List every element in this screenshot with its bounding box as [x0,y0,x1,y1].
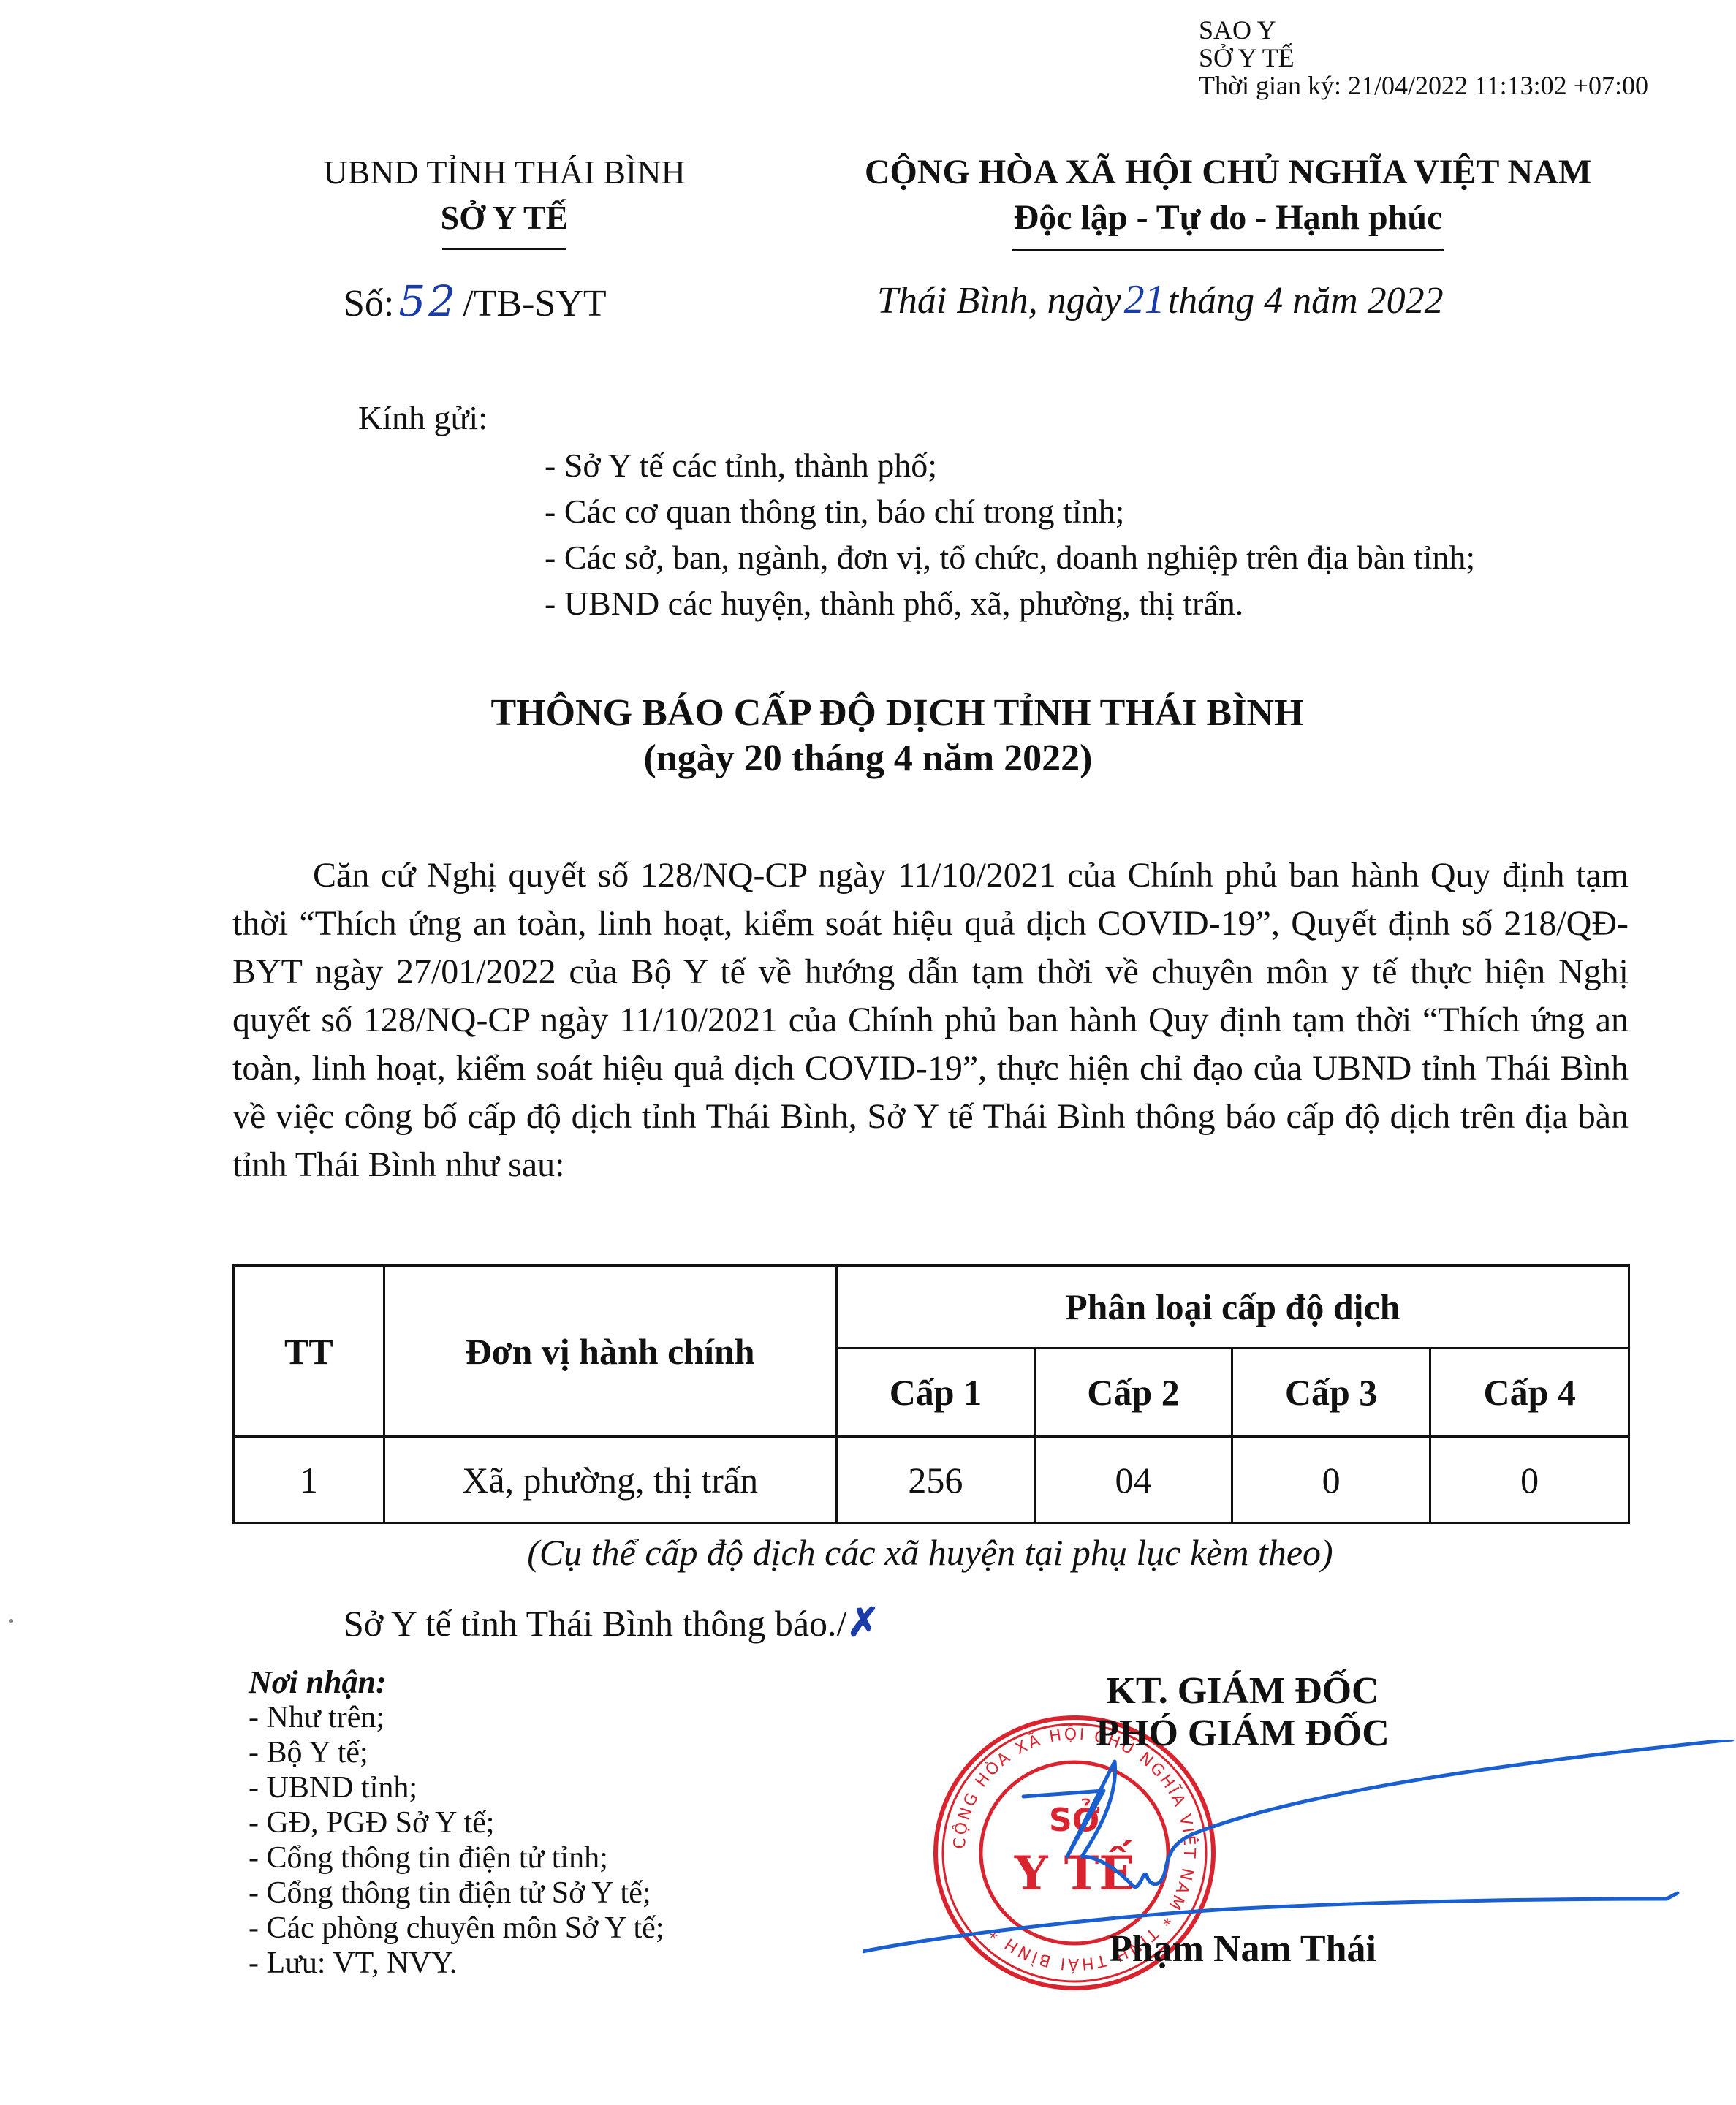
addressees-list: - Sở Y tế các tỉnh, thành phố; - Các cơ … [545,442,1475,626]
copy-stamp: SAO Y SỞ Y TẾ Thời gian ký: 21/04/2022 1… [1199,16,1648,99]
national-motto: Độc lập - Tự do - Hạnh phúc [789,195,1667,240]
place-date-prefix: Thái Bình, ngày [877,280,1121,322]
signer-name: Phạm Nam Thái [987,1927,1498,1971]
initial-mark-icon: ✗ [846,1601,879,1645]
cell-level-4: 0 [1430,1437,1629,1523]
appendix-note: (Cụ thể cấp độ dịch các xã huyện tại phụ… [0,1531,1736,1574]
copy-stamp-org: SỞ Y TẾ [1199,44,1648,72]
doc-number-handwritten: 52 [394,276,463,326]
addressee-item: - Các sở, ban, ngành, đơn vị, tổ chức, d… [545,534,1475,580]
closing-text: Sở Y tế tỉnh Thái Bình thông báo./ [344,1603,846,1644]
scan-artifact [9,1619,13,1623]
header-level-3: Cấp 3 [1232,1349,1430,1437]
footer-recipient-item: - Cổng thông tin điện tử Sở Y tế; [249,1875,664,1911]
title-main: THÔNG BÁO CẤP ĐỘ DỊCH TỈNH THÁI BÌNH [0,691,1736,736]
header-level-group: Phân loại cấp độ dịch [836,1266,1629,1349]
header-admin-unit: Đơn vị hành chính [384,1266,836,1437]
national-title: CỘNG HÒA XÃ HỘI CHỦ NGHĨA VIỆT NAM Độc l… [789,150,1667,251]
issuing-authority: UBND TỈNH THÁI BÌNH SỞ Y TẾ [292,150,716,250]
place-date-suffix: tháng 4 năm 2022 [1168,280,1444,322]
header-left-divider [442,248,566,250]
header-tt: TT [234,1266,384,1437]
footer-recipient-item: - Cổng thông tin điện tử tỉnh; [249,1840,664,1875]
country-name: CỘNG HÒA XÃ HỘI CHỦ NGHĨA VIỆT NAM [789,150,1667,195]
footer-recipients: Nơi nhận: - Như trên; - Bộ Y tế; - UBND … [249,1665,664,1981]
title-date: (ngày 20 tháng 4 năm 2022) [0,736,1736,781]
epidemic-level-table: TT Đơn vị hành chính Phân loại cấp độ dị… [232,1264,1630,1524]
footer-recipient-item: - Các phòng chuyên môn Sở Y tế; [249,1911,664,1946]
header-right-divider [1012,249,1444,251]
department-name: SỞ Y TẾ [292,195,716,240]
footer-recipient-item: - UBND tỉnh; [249,1770,664,1805]
signature-title-line1: KT. GIÁM ĐỐC [987,1670,1498,1713]
addressees-label: Kính gửi: [358,398,488,437]
footer-recipient-item: - Như trên; [249,1700,664,1735]
header-level-1: Cấp 1 [836,1349,1035,1437]
body-paragraph: Căn cứ Nghị quyết số 128/NQ-CP ngày 11/1… [232,852,1629,1189]
authority-name: UBND TỈNH THÁI BÌNH [292,150,716,195]
addressee-item: - Các cơ quan thông tin, báo chí trong t… [545,488,1475,534]
footer-recipient-item: - GĐ, PGĐ Sở Y tế; [249,1805,664,1840]
addressee-item: - Sở Y tế các tỉnh, thành phố; [545,442,1475,488]
doc-number-suffix: /TB-SYT [463,283,606,325]
closing-statement: Sở Y tế tỉnh Thái Bình thông báo./✗ [344,1599,880,1645]
document-number: Số:52/TB-SYT [344,276,607,326]
cell-level-1: 256 [836,1437,1035,1523]
cell-level-3: 0 [1232,1437,1430,1523]
footer-recipient-item: - Lưu: VT, NVY. [249,1946,664,1981]
table-row: 1 Xã, phường, thị trấn 256 04 0 0 [234,1437,1629,1523]
copy-stamp-sign-time: Thời gian ký: 21/04/2022 11:13:02 +07:00 [1199,72,1648,99]
cell-level-2: 04 [1035,1437,1232,1523]
header-level-2: Cấp 2 [1035,1349,1232,1437]
copy-stamp-title: SAO Y [1199,16,1648,44]
date-day-handwritten: 21 [1121,277,1168,322]
place-date: Thái Bình, ngày21tháng 4 năm 2022 [877,276,1444,323]
addressee-item: - UBND các huyện, thành phố, xã, phường,… [545,580,1475,626]
footer-recipients-label: Nơi nhận: [249,1665,664,1700]
cell-tt: 1 [234,1437,384,1523]
cell-admin-unit: Xã, phường, thị trấn [384,1437,836,1523]
doc-number-prefix: Số: [344,283,394,325]
footer-recipient-item: - Bộ Y tế; [249,1735,664,1770]
document-title: THÔNG BÁO CẤP ĐỘ DỊCH TỈNH THÁI BÌNH (ng… [0,691,1736,781]
header-level-4: Cấp 4 [1430,1349,1629,1437]
